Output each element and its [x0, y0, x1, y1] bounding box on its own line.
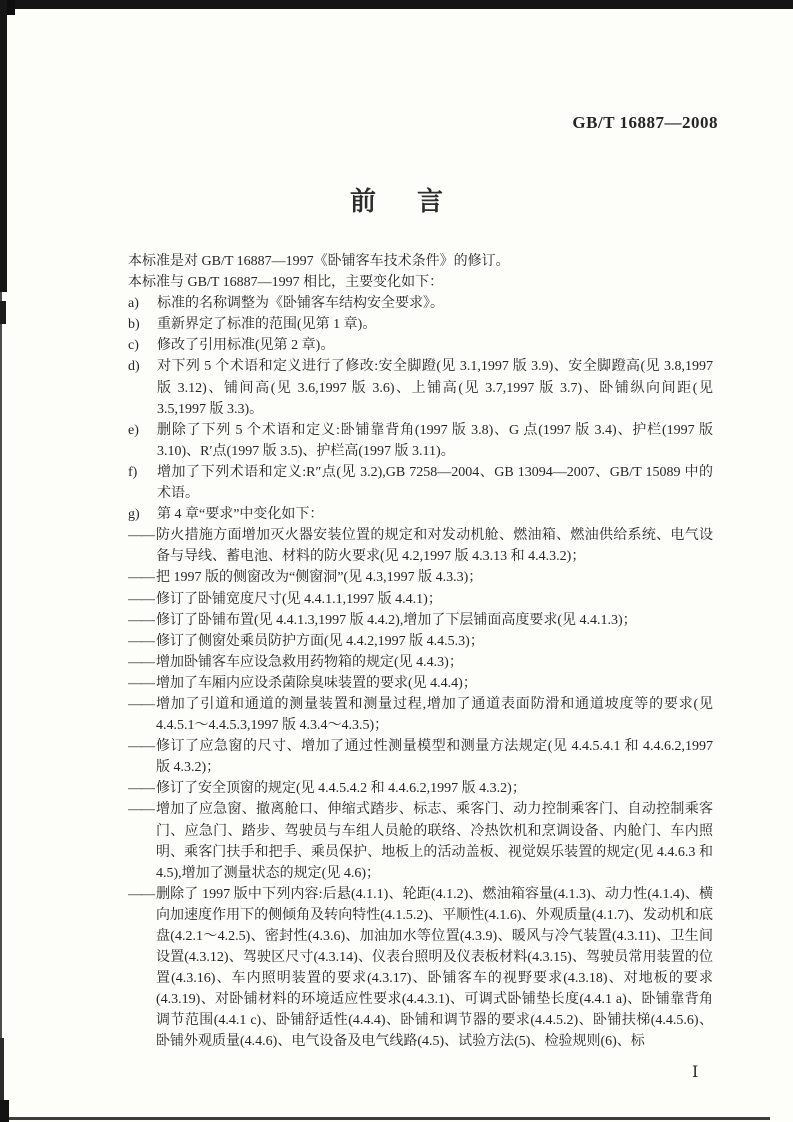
item-text: 修订了卧铺宽度尺寸(见 4.4.1.1,1997 版 4.4.1)； — [156, 589, 713, 610]
page-title-char-1: 前 — [350, 181, 376, 218]
dash-item: —— 增加了应急窗、撤离舱口、伸缩式踏步、标志、乘客门、动力控制乘客门、自动控制… — [128, 799, 713, 883]
scan-corner-bottom-left — [0, 1100, 9, 1122]
dash-marker: —— — [128, 525, 156, 567]
item-label: g) — [128, 504, 157, 525]
dash-item: —— 删除了 1997 版中下列内容:后悬(4.1.1)、轮距(4.1.2)、燃… — [128, 884, 713, 1053]
item-text: 增加了下列术语和定义:R″点(见 3.2),GB 7258—2004、GB 13… — [157, 462, 713, 504]
item-text: 把 1997 版的侧窗改为“侧窗洞”(见 4.3,1997 版 4.3.3)； — [156, 567, 713, 588]
item-label: e) — [128, 420, 157, 462]
page-title: 前 言 — [0, 181, 793, 218]
paragraph: 本标准与 GB/T 16887—1997 相比，主要变化如下： — [128, 272, 713, 293]
item-text: 删除了 1997 版中下列内容:后悬(4.1.1)、轮距(4.1.2)、燃油箱容… — [156, 884, 713, 1053]
item-text: 修订了侧窗处乘员防护方面(见 4.4.2,1997 版 4.4.5.3)； — [156, 631, 713, 652]
dash-item: —— 修订了侧窗处乘员防护方面(见 4.4.2,1997 版 4.4.5.3)； — [128, 631, 713, 652]
item-text: 重新界定了标准的范围(见第 1 章)。 — [157, 314, 713, 335]
item-text: 修订了卧铺布置(见 4.4.1.3,1997 版 4.4.2),增加了下层铺面高… — [156, 610, 713, 631]
item-text: 第 4 章“要求”中变化如下： — [157, 504, 713, 525]
lettered-list: a) 标准的名称调整为《卧铺客车结构安全要求》。 b) 重新界定了标准的范围(见… — [128, 293, 713, 525]
item-text: 增加卧铺客车应设急救用药物箱的规定(见 4.4.3)； — [156, 652, 713, 673]
item-text: 修改了引用标准(见第 2 章)。 — [157, 335, 713, 356]
lettered-item: a) 标准的名称调整为《卧铺客车结构安全要求》。 — [128, 293, 713, 314]
item-label: a) — [128, 293, 157, 314]
dash-item: —— 增加了车厢内应设杀菌除臭味装置的要求(见 4.4.4)； — [128, 673, 713, 694]
dash-marker: —— — [128, 567, 156, 588]
lettered-item: f) 增加了下列术语和定义:R″点(见 3.2),GB 7258—2004、GB… — [128, 462, 713, 504]
item-label: d) — [128, 356, 157, 419]
item-text: 修订了安全顶窗的规定(见 4.4.5.4.2 和 4.4.6.2,1997 版 … — [156, 778, 713, 799]
dash-marker: —— — [128, 589, 156, 610]
standard-code: GB/T 16887—2008 — [572, 113, 718, 133]
item-text: 删除了下列 5 个术语和定义:卧铺靠背角(1997 版 3.8)、G 点(199… — [157, 420, 713, 462]
dash-item: —— 增加卧铺客车应设急救用药物箱的规定(见 4.4.3)； — [128, 652, 713, 673]
dash-marker: —— — [128, 778, 156, 799]
item-text: 增加了引道和通道的测量装置和测量过程,增加了通道表面防滑和通道坡度等的要求(见 … — [156, 694, 713, 736]
item-text: 增加了车厢内应设杀菌除臭味装置的要求(见 4.4.4)； — [156, 673, 713, 694]
dash-marker: —— — [128, 884, 156, 1053]
paragraph: 本标准是对 GB/T 16887—1997《卧铺客车技术条件》的修订。 — [128, 251, 713, 272]
item-label: c) — [128, 335, 157, 356]
item-label: f) — [128, 462, 157, 504]
lettered-item: e) 删除了下列 5 个术语和定义:卧铺靠背角(1997 版 3.8)、G 点(… — [128, 420, 713, 462]
intro-paragraphs: 本标准是对 GB/T 16887—1997《卧铺客车技术条件》的修订。 本标准与… — [128, 251, 713, 293]
scan-edge-left-upper — [0, 0, 7, 292]
dash-marker: —— — [128, 610, 156, 631]
item-text: 防火措施方面增加灭火器安装位置的规定和对发动机舱、燃油箱、燃油供给系统、电气设备… — [156, 525, 713, 567]
dash-marker: —— — [128, 736, 156, 778]
scan-edge-top — [0, 0, 793, 9]
dash-item: —— 修订了卧铺布置(见 4.4.1.3,1997 版 4.4.2),增加了下层… — [128, 610, 713, 631]
scan-edge-left-blob — [0, 301, 6, 324]
scan-edge-left-line — [0, 292, 2, 1122]
page-number: Ⅰ — [692, 1062, 698, 1082]
dash-item: —— 修订了安全顶窗的规定(见 4.4.5.4.2 和 4.4.6.2,1997… — [128, 778, 713, 799]
item-text: 增加了应急窗、撤离舱口、伸缩式踏步、标志、乘客门、动力控制乘客门、自动控制乘客门… — [156, 799, 713, 883]
dash-item: —— 把 1997 版的侧窗改为“侧窗洞”(见 4.3,1997 版 4.3.3… — [128, 567, 713, 588]
foreword-body: 本标准是对 GB/T 16887—1997《卧铺客车技术条件》的修订。 本标准与… — [128, 251, 713, 1053]
item-text: 对下列 5 个术语和定义进行了修改:安全脚蹬(见 3.1,1997 版 3.9)… — [157, 356, 713, 419]
dash-marker: —— — [128, 631, 156, 652]
lettered-item: g) 第 4 章“要求”中变化如下： — [128, 504, 713, 525]
lettered-item: b) 重新界定了标准的范围(见第 1 章)。 — [128, 314, 713, 335]
item-text: 标准的名称调整为《卧铺客车结构安全要求》。 — [157, 293, 713, 314]
dash-item: —— 增加了引道和通道的测量装置和测量过程,增加了通道表面防滑和通道坡度等的要求… — [128, 694, 713, 736]
dash-item: —— 修订了应急窗的尺寸、增加了通过性测量模型和测量方法规定(见 4.4.5.4… — [128, 736, 713, 778]
dash-item: —— 防火措施方面增加灭火器安装位置的规定和对发动机舱、燃油箱、燃油供给系统、电… — [128, 525, 713, 567]
scan-edge-bottom — [6, 1117, 770, 1120]
item-label: b) — [128, 314, 157, 335]
dash-item: —— 修订了卧铺宽度尺寸(见 4.4.1.1,1997 版 4.4.1)； — [128, 589, 713, 610]
dash-marker: —— — [128, 694, 156, 736]
item-text: 修订了应急窗的尺寸、增加了通过性测量模型和测量方法规定(见 4.4.5.4.1 … — [156, 736, 713, 778]
lettered-item: d) 对下列 5 个术语和定义进行了修改:安全脚蹬(见 3.1,1997 版 3… — [128, 356, 713, 419]
dash-marker: —— — [128, 673, 156, 694]
dash-marker: —— — [128, 799, 156, 883]
dash-marker: —— — [128, 652, 156, 673]
lettered-item: c) 修改了引用标准(见第 2 章)。 — [128, 335, 713, 356]
dash-list: —— 防火措施方面增加灭火器安装位置的规定和对发动机舱、燃油箱、燃油供给系统、电… — [128, 525, 713, 1052]
page-title-char-2: 言 — [417, 181, 443, 218]
